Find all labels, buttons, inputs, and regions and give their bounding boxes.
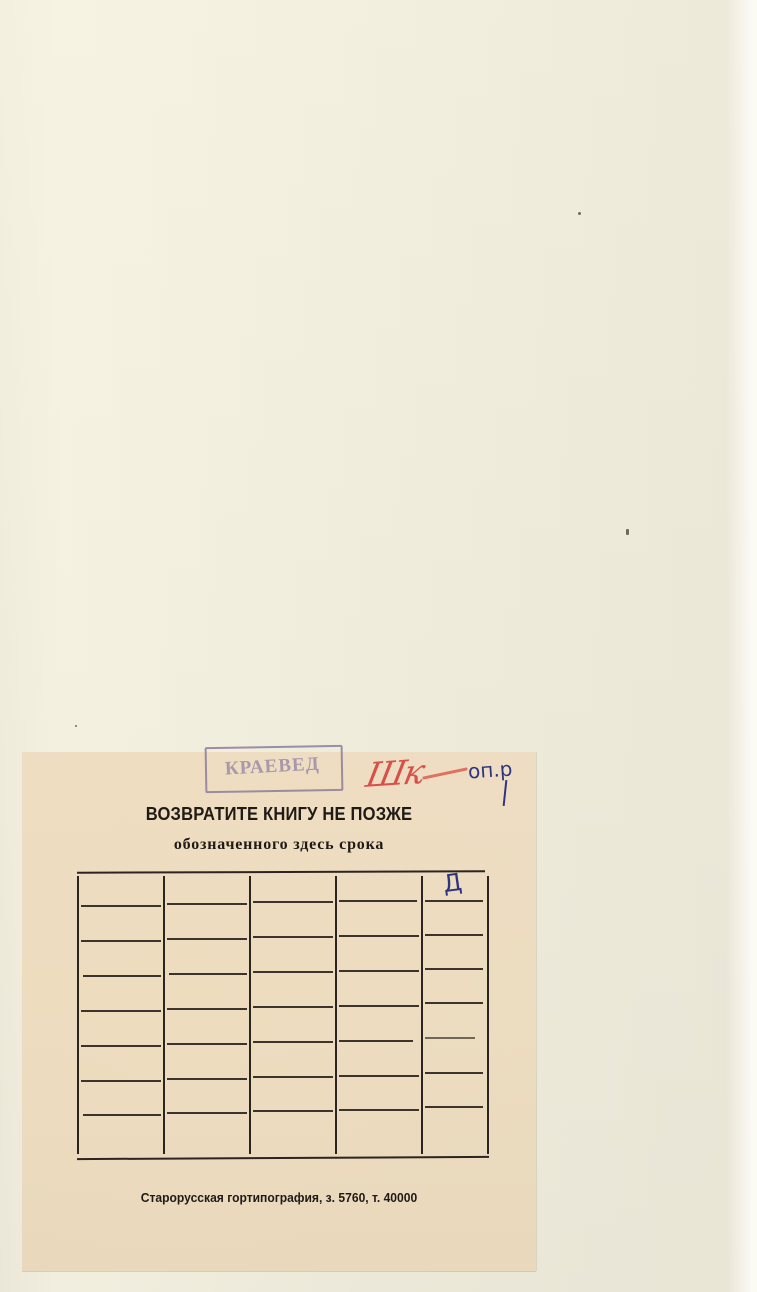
slip-heading: ВОЗВРАТИТЕ КНИГУ НЕ ПОЗЖЕ xyxy=(43,804,516,825)
table-row-line xyxy=(81,940,161,942)
table-row-line xyxy=(253,1041,333,1043)
printer-imprint: Старорусская гортипография, з. 5760, т. … xyxy=(40,1190,518,1205)
table-row-line xyxy=(81,1045,161,1047)
table-row-line xyxy=(339,1005,419,1007)
table-row-line xyxy=(83,975,161,977)
paper-speck xyxy=(75,725,77,727)
page-edge xyxy=(751,0,757,1292)
library-stamp: КРАЕВЕД xyxy=(205,745,344,793)
table-row-line xyxy=(425,934,483,936)
paper-speck xyxy=(626,529,629,535)
table-row-line xyxy=(167,1078,247,1080)
table-top-rule xyxy=(77,870,485,873)
table-row-line xyxy=(425,1037,475,1039)
table-column-border xyxy=(335,876,337,1154)
table-row-line xyxy=(253,1110,333,1112)
table-row-line xyxy=(167,1008,247,1010)
table-row-line xyxy=(167,903,247,905)
table-row-line xyxy=(339,970,419,972)
table-row-line xyxy=(339,1040,413,1042)
table-row-line xyxy=(253,971,333,973)
table-row-line xyxy=(425,900,483,902)
table-row-line xyxy=(425,968,483,970)
table-row-line xyxy=(339,1075,419,1077)
table-row-line xyxy=(425,1106,483,1108)
table-row-line xyxy=(83,1114,161,1116)
table-row-line xyxy=(339,1109,419,1111)
table-row-line xyxy=(339,900,417,902)
table-row-line xyxy=(253,1006,333,1008)
table-column-border xyxy=(249,876,251,1154)
table-column-border xyxy=(487,876,489,1154)
table-row-line xyxy=(81,1080,161,1082)
table-row-line xyxy=(81,905,161,907)
table-row-line xyxy=(339,935,419,937)
table-row-line xyxy=(167,1112,247,1114)
table-row-line xyxy=(253,1076,333,1078)
paper-speck xyxy=(578,212,581,215)
table-row-line xyxy=(253,936,333,938)
stamp-text: КРАЕВЕД xyxy=(224,754,320,781)
handwritten-blue-stroke xyxy=(503,780,508,806)
table-row-line xyxy=(253,901,333,903)
table-row-line xyxy=(167,938,247,940)
handwritten-cell-entry: Д xyxy=(441,868,463,898)
table-column-border xyxy=(421,876,423,1154)
table-bottom-rule xyxy=(77,1156,489,1160)
table-column-border xyxy=(77,876,79,1154)
table-row-line xyxy=(425,1002,483,1004)
handwritten-red-stroke xyxy=(422,767,468,779)
book-endpaper: КРАЕВЕД Шк оп.р ВОЗВРАТИТЕ КНИГУ НЕ ПОЗЖ… xyxy=(0,0,757,1292)
due-date-table: Д xyxy=(77,871,489,1159)
table-row-line xyxy=(167,1043,247,1045)
return-date-slip: КРАЕВЕД Шк оп.р ВОЗВРАТИТЕ КНИГУ НЕ ПОЗЖ… xyxy=(22,752,536,1271)
table-row-line xyxy=(169,973,247,975)
handwritten-red-note: Шк xyxy=(363,752,427,796)
slip-subheading: обозначенного здесь срока xyxy=(22,836,536,854)
table-row-line xyxy=(425,1072,483,1074)
table-column-border xyxy=(163,876,165,1154)
table-row-line xyxy=(81,1010,161,1012)
